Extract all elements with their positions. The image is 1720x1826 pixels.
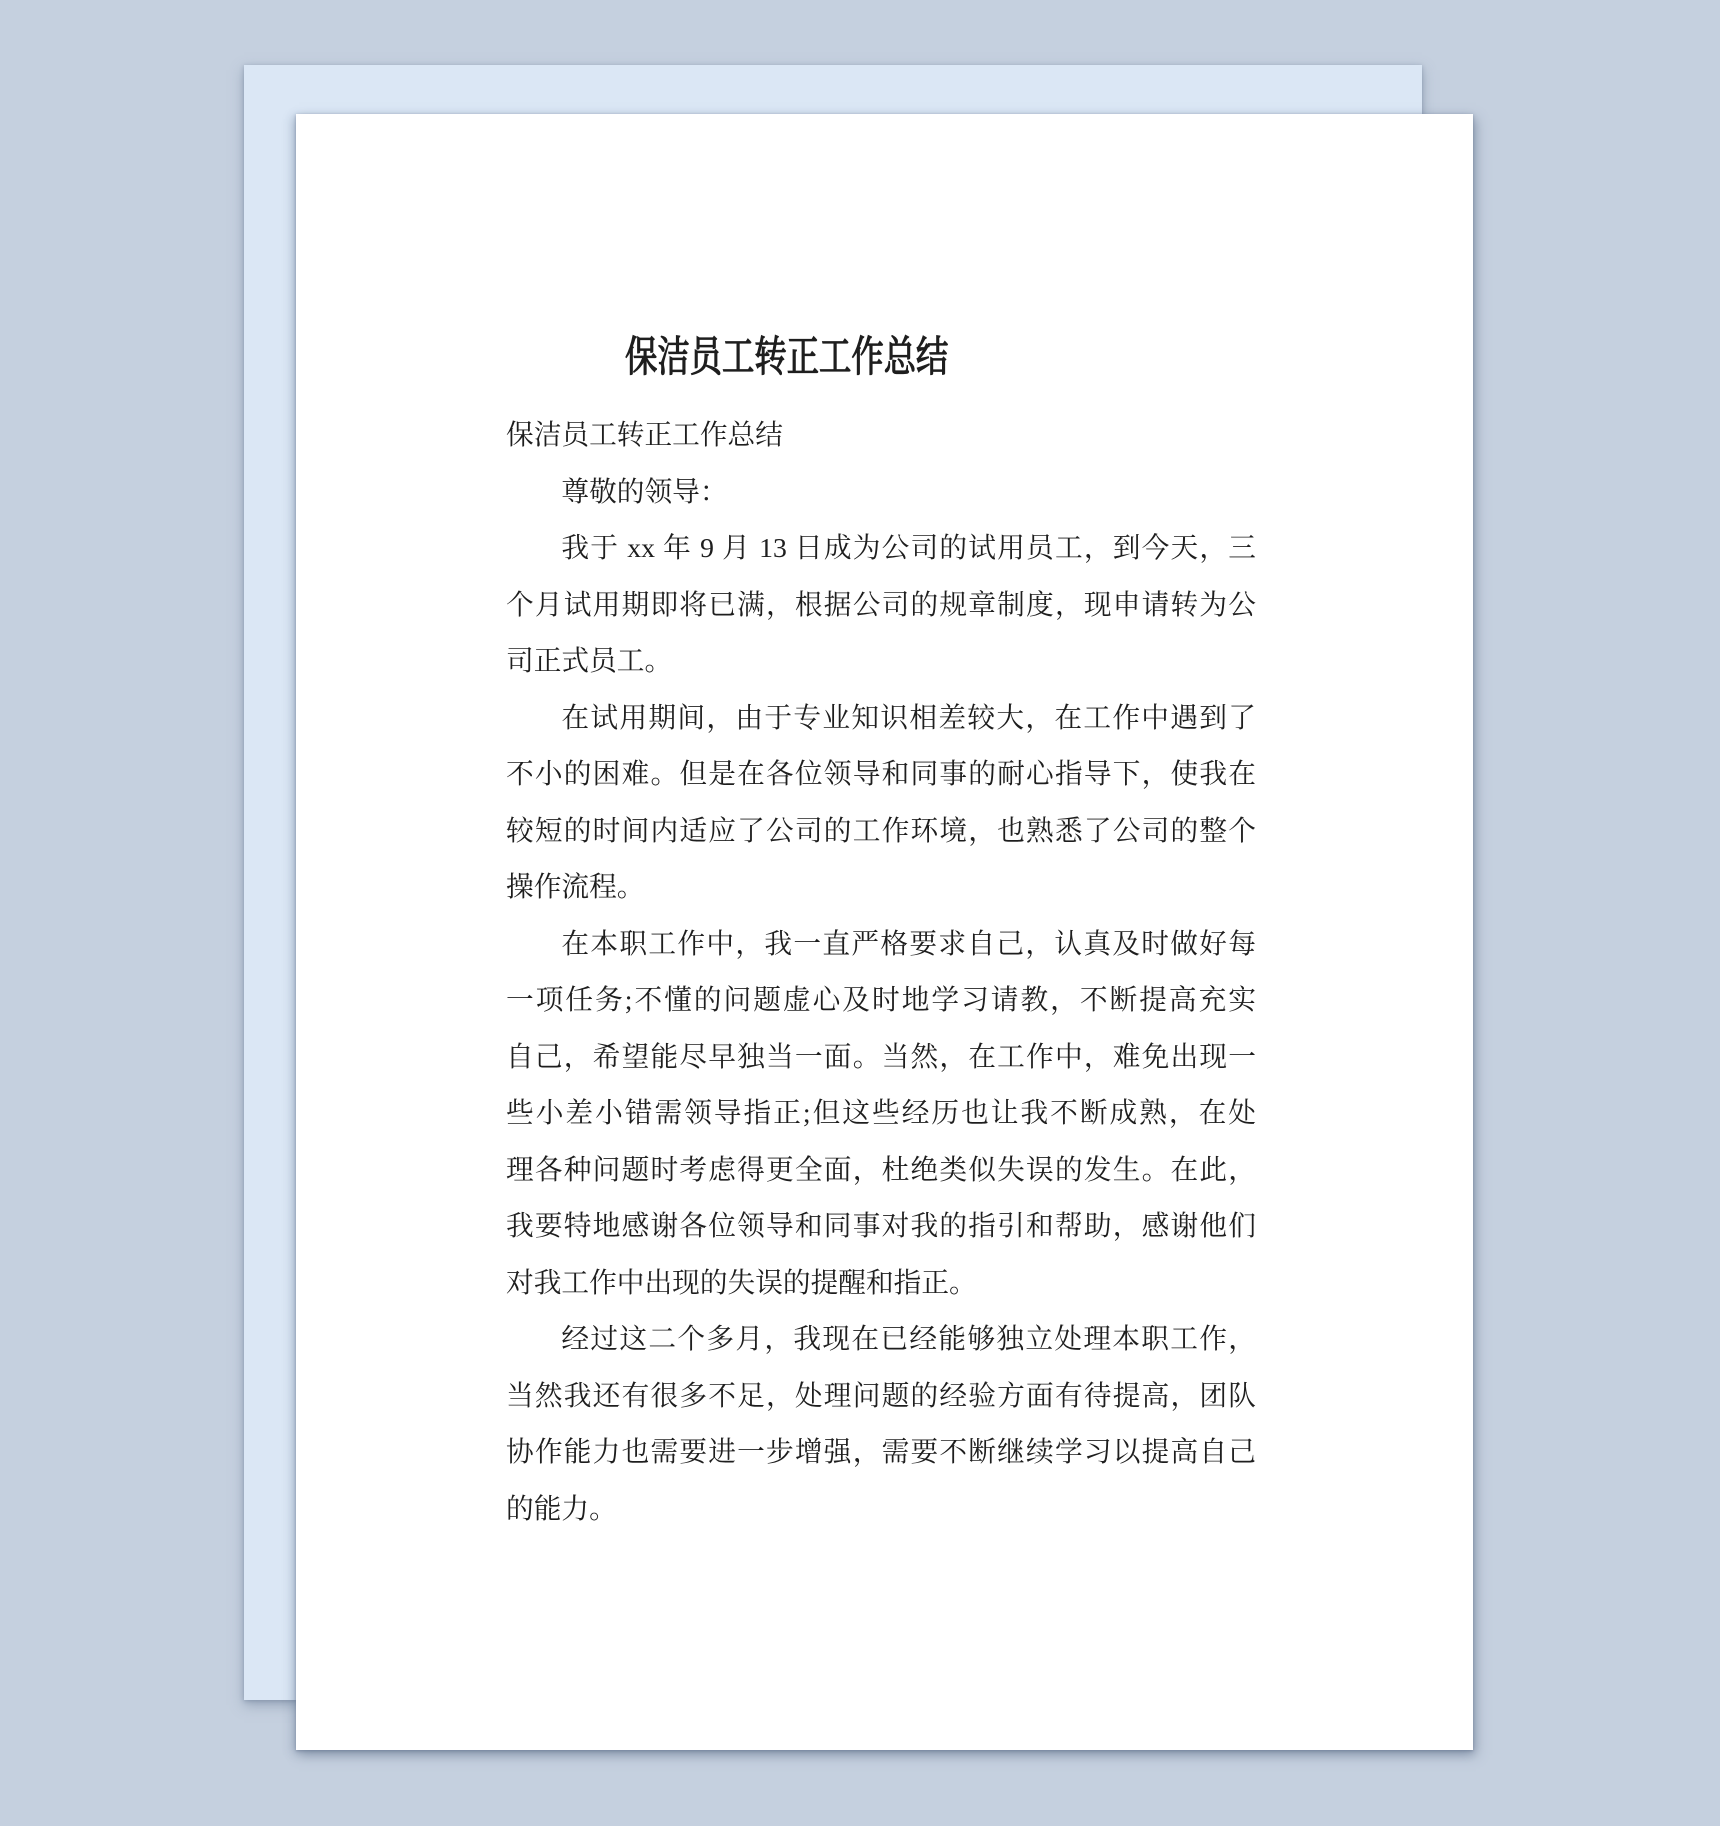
- document-text-line: 个月试用期即将已满，根据公司的规章制度，现申请转为公: [506, 577, 1256, 634]
- document-text-line: 我于 xx 年 9 月 13 日成为公司的试用员工，到今天，三: [506, 520, 1256, 577]
- document-page: 保洁员工转正工作总结 保洁员工转正工作总结尊敬的领导：我于 xx 年 9 月 1…: [296, 114, 1473, 1750]
- document-text-line: 保洁员工转正工作总结: [506, 407, 1256, 464]
- document-text-line: 经过这二个多月，我现在已经能够独立处理本职工作，: [506, 1311, 1256, 1368]
- document-text-line: 些小差小错需领导指正;但这些经历也让我不断成熟，在处: [506, 1085, 1256, 1142]
- document-text-line: 不小的困难。但是在各位领导和同事的耐心指导下，使我在: [506, 746, 1256, 803]
- document-text-line: 在本职工作中，我一直严格要求自己，认真及时做好每: [506, 916, 1256, 973]
- document-text-line: 的能力。: [506, 1481, 1256, 1538]
- document-text-line: 在试用期间，由于专业知识相差较大，在工作中遇到了: [506, 690, 1256, 747]
- document-text-line: 当然我还有很多不足，处理问题的经验方面有待提高，团队: [506, 1368, 1256, 1425]
- document-text-line: 尊敬的领导：: [506, 464, 1256, 521]
- document-body: 保洁员工转正工作总结尊敬的领导：我于 xx 年 9 月 13 日成为公司的试用员…: [506, 407, 1256, 1537]
- desktop-background: 保洁员工转正工作总结 保洁员工转正工作总结尊敬的领导：我于 xx 年 9 月 1…: [0, 0, 1720, 1826]
- document-text-line: 对我工作中出现的失误的提醒和指正。: [506, 1255, 1256, 1312]
- document-text-line: 自己，希望能尽早独当一面。当然，在工作中，难免出现一: [506, 1029, 1256, 1086]
- document-text-line: 我要特地感谢各位领导和同事对我的指引和帮助，感谢他们: [506, 1198, 1256, 1255]
- document-text-line: 一项任务;不懂的问题虚心及时地学习请教，不断提高充实: [506, 972, 1256, 1029]
- document-text-line: 理各种问题时考虑得更全面，杜绝类似失误的发生。在此，: [506, 1142, 1256, 1199]
- document-text-line: 司正式员工。: [506, 633, 1256, 690]
- screenshot-root: { "page": { "background_color": "#c5d0df…: [0, 0, 1720, 1826]
- document-text-line: 操作流程。: [506, 859, 1256, 916]
- document-title: 保洁员工转正工作总结: [625, 334, 948, 382]
- document-text-line: 较短的时间内适应了公司的工作环境，也熟悉了公司的整个: [506, 803, 1256, 860]
- document-text-line: 协作能力也需要进一步增强，需要不断继续学习以提高自己: [506, 1424, 1256, 1481]
